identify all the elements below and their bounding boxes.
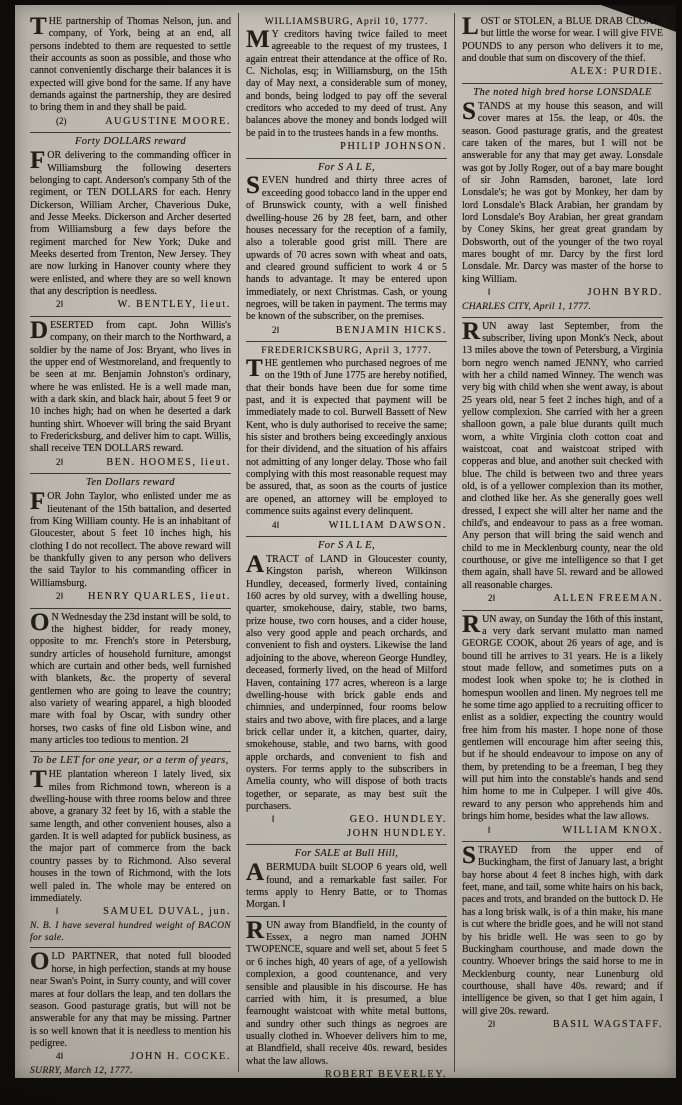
ad-body-text: OR delivering to the commanding officer … (30, 150, 231, 297)
ad-body-text: UN away, on Sunday the 16th of this inst… (462, 614, 663, 823)
drop-cap: T (30, 769, 49, 790)
ad-body: FOR John Taylor, who enlisted under me a… (30, 491, 231, 590)
advertisement: The noted high bred horse LONSDALESTANDS… (462, 83, 663, 317)
advertisement: DESERTED from capt. John Willis's compan… (30, 316, 231, 473)
ad-body-text: TRAYED from the upper end of Buckingham,… (462, 845, 663, 1016)
ad-signature: ‖WILLIAM KNOX. (462, 825, 663, 838)
drop-cap: A (246, 862, 266, 883)
ad-signature: 2‖BASIL WAGSTAFF. (462, 1019, 663, 1032)
ad-body-text: HE gentlemen who purchased negroes of me… (246, 358, 447, 517)
signature-mark: ‖ (246, 814, 275, 825)
ad-signature: 2‖BEN. HOOMES, lieut. (30, 457, 231, 470)
advertisement: RUN away from Blandfield, in the county … (246, 916, 447, 1086)
signature-name: W. BENTLEY, lieut. (118, 299, 231, 312)
ad-body-text: EVEN hundred and thirty three acres of e… (246, 175, 447, 322)
signature-name: GEO. HUNDLEY. (350, 814, 447, 827)
signature-name: ALEX: PURDIE. (570, 66, 663, 79)
drop-cap: S (462, 101, 478, 122)
signature-mark: 2‖ (30, 591, 63, 602)
ad-heading: For S A L E, (246, 540, 447, 553)
advertisement: Ten Dollars rewardFOR John Taylor, who e… (30, 473, 231, 607)
ad-signature: 4‖JOHN H. COCKE. (30, 1051, 231, 1064)
signature-mark: 2‖ (246, 325, 279, 336)
advertisement: Forty DOLLARS rewardFOR delivering to th… (30, 132, 231, 316)
ad-body-text: BERMUDA built SLOOP 6 years old, well fo… (246, 862, 447, 910)
ad-heading: Ten Dollars reward (30, 477, 231, 490)
advertisement: LOST or STOLEN, a BLUE DRAB CLOAK, but l… (462, 13, 663, 83)
ad-body: FOR delivering to the commanding officer… (30, 150, 231, 298)
drop-cap: M (246, 29, 272, 50)
ad-body: RUN away from Blandfield, in the county … (246, 920, 447, 1068)
advertisement: For SALE at Bull Hill,ABERMUDA built SLO… (246, 844, 447, 915)
ad-signature: ‖JOHN BYRD. (462, 287, 663, 300)
ad-body: ATRACT of LAND in Gloucester county, Kin… (246, 554, 447, 813)
drop-cap: R (462, 614, 482, 635)
ad-signature: ‖GEO. HUNDLEY. (246, 814, 447, 827)
advertisement: STRAYED from the upper end of Buckingham… (462, 841, 663, 1035)
ad-body-text: UN away from Blandfield, in the county o… (246, 920, 447, 1067)
ad-body: DESERTED from capt. John Willis's compan… (30, 320, 231, 456)
ad-signature: 4‖WILLIAM DAWSON. (246, 520, 447, 533)
signature-mark: ‖ (30, 906, 59, 917)
ad-body: THE partnership of Thomas Nelson, jun. a… (30, 16, 231, 115)
newspaper-page: THE partnership of Thomas Nelson, jun. a… (15, 5, 676, 1078)
signature-name: WILLIAM KNOX. (562, 825, 663, 838)
ad-footer: N. B. I have several hundred weight of B… (30, 920, 231, 944)
ad-heading: Forty DOLLARS reward (30, 136, 231, 149)
drop-cap: A (246, 554, 266, 575)
column-1: THE partnership of Thomas Nelson, jun. a… (23, 13, 238, 1072)
ad-footer: SURRY, March 12, 1777. (30, 1065, 231, 1077)
drop-cap: F (30, 491, 47, 512)
drop-cap: R (246, 920, 266, 941)
ad-body: RUN away last September, from the subscr… (462, 321, 663, 593)
signature-mark: 4‖ (30, 1051, 63, 1062)
ad-body: STRAYED from the upper end of Buckingham… (462, 845, 663, 1018)
signature-name: HENRY QUARLES, lieut. (88, 591, 231, 604)
ad-heading: To be LET for one year, or a term of yea… (30, 755, 231, 768)
signature-mark: 2‖ (30, 299, 63, 310)
signature-mark: ‖ (462, 825, 491, 836)
ad-body-text: TRACT of LAND in Gloucester county, King… (246, 554, 447, 812)
ad-footer: CHARLES CITY, April 1, 1777. (462, 301, 663, 313)
drop-cap: S (462, 845, 478, 866)
ad-body-text: LD PARTNER, that noted full blooded hors… (30, 951, 231, 1048)
advertisement: THE partnership of Thomas Nelson, jun. a… (30, 13, 231, 132)
ad-body-text: TANDS at my house this season, and will … (462, 101, 663, 285)
ad-dateline: FREDERICKSBURG, April 3, 1777. (246, 345, 447, 357)
advertisement: WILLIAMSBURG, April 10, 1777.MY creditor… (246, 13, 447, 158)
drop-cap: D (30, 320, 50, 341)
ad-body: RUN away, on Sunday the 16th of this ins… (462, 614, 663, 824)
column-3: LOST or STOLEN, a BLUE DRAB CLOAK, but l… (454, 13, 670, 1072)
signature-mark: 2‖ (30, 457, 63, 468)
advertisement: FREDERICKSBURG, April 3, 1777.THE gentle… (246, 341, 447, 536)
signature-name: AUGUSTINE MOORE. (105, 116, 231, 129)
signature-name: JOHN H. COCKE. (130, 1051, 231, 1064)
ad-body: THE gentlemen who purchased negroes of m… (246, 358, 447, 518)
drop-cap: T (30, 16, 49, 37)
ad-signature: JOHN HUNDLEY. (246, 828, 447, 841)
advertisement: To be LET for one year, or a term of yea… (30, 751, 231, 947)
ad-body: MY creditors having twice failed to meet… (246, 29, 447, 140)
signature-name: JOHN BYRD. (588, 287, 663, 300)
signature-mark: 2‖ (462, 593, 495, 604)
advertisement: RUN away last September, from the subscr… (462, 317, 663, 610)
ad-body-text: Y creditors having twice failed to meet … (246, 29, 447, 139)
drop-cap: R (462, 321, 482, 342)
ad-body-text: ESERTED from capt. John Willis's company… (30, 320, 231, 454)
advertisement: For S A L E,ATRACT of LAND in Gloucester… (246, 536, 447, 844)
signature-name: SAMUEL DUVAL, jun. (103, 906, 231, 919)
drop-cap: F (30, 150, 47, 171)
ad-signature: (2)AUGUSTINE MOORE. (30, 116, 231, 129)
ad-signature: PHILIP JOHNSON. (246, 141, 447, 154)
signature-mark: (2) (30, 116, 67, 127)
advertisement: For S A L E,SEVEN hundred and thirty thr… (246, 158, 447, 342)
drop-cap: L (462, 16, 481, 37)
ad-signature: 2‖W. BENTLEY, lieut. (30, 299, 231, 312)
signature-name: WILLIAM DAWSON. (329, 520, 447, 533)
signature-mark: 2‖ (462, 1019, 495, 1030)
signature-name: JOHN HUNDLEY. (347, 828, 447, 841)
ad-signature: ALEX: PURDIE. (462, 66, 663, 79)
ad-body: LOST or STOLEN, a BLUE DRAB CLOAK, but l… (462, 16, 663, 65)
signature-name: ROBERT BEVERLEY. (325, 1069, 447, 1082)
ad-body: ABERMUDA built SLOOP 6 years old, well f… (246, 862, 447, 911)
signature-name: PHILIP JOHNSON. (340, 141, 447, 154)
signature-name: BEN. HOOMES, lieut. (106, 457, 231, 470)
ad-body-text: HE plantation whereon I lately lived, si… (30, 769, 231, 903)
signature-mark: ‖ (462, 287, 491, 298)
ad-signature: 2‖BENJAMIN HICKS. (246, 325, 447, 338)
ad-body: OLD PARTNER, that noted full blooded hor… (30, 951, 231, 1050)
signature-name: BENJAMIN HICKS. (336, 325, 447, 338)
ad-body-text: HE partnership of Thomas Nelson, jun. an… (30, 16, 231, 113)
ad-body-text: N Wednesday the 23d instant will be sold… (30, 612, 231, 746)
advertisement: RUN away, on Sunday the 16th of this ins… (462, 610, 663, 841)
drop-cap: S (246, 175, 262, 196)
ad-body: STANDS at my house this season, and will… (462, 101, 663, 286)
drop-cap: O (30, 612, 51, 633)
ad-body: SEVEN hundred and thirty three acres of … (246, 175, 447, 323)
signature-name: BASIL WAGSTAFF. (553, 1019, 663, 1032)
advertisement: OLD PARTNER, that noted full blooded hor… (30, 947, 231, 1080)
advertisement: ON Wednesday the 23d instant will be sol… (30, 608, 231, 752)
columns-wrapper: THE partnership of Thomas Nelson, jun. a… (15, 5, 676, 1078)
signature-mark: 4‖ (246, 520, 279, 531)
ad-signature: 2‖ALLEN FREEMAN. (462, 593, 663, 606)
column-2: WILLIAMSBURG, April 10, 1777.MY creditor… (238, 13, 454, 1072)
ad-body-text: UN away last September, from the subscri… (462, 321, 663, 591)
ad-heading: For SALE at Bull Hill, (246, 848, 447, 861)
ad-signature: 2‖HENRY QUARLES, lieut. (30, 591, 231, 604)
ad-body-text: OR John Taylor, who enlisted under me as… (30, 491, 231, 588)
ad-body-text: OST or STOLEN, a BLUE DRAB CLOAK, but li… (462, 16, 663, 64)
ad-heading: For S A L E, (246, 162, 447, 175)
ad-dateline: WILLIAMSBURG, April 10, 1777. (246, 16, 447, 28)
ad-signature: ROBERT BEVERLEY. (246, 1069, 447, 1082)
ad-body: ON Wednesday the 23d instant will be sol… (30, 612, 231, 748)
ad-heading: The noted high bred horse LONSDALE (462, 87, 663, 100)
signature-name: ALLEN FREEMAN. (553, 593, 663, 606)
ad-signature: ‖SAMUEL DUVAL, jun. (30, 906, 231, 919)
torn-corner-bottom-left (0, 1089, 70, 1105)
ad-body: THE plantation whereon I lately lived, s… (30, 769, 231, 905)
drop-cap: O (30, 951, 51, 972)
drop-cap: T (246, 358, 265, 379)
